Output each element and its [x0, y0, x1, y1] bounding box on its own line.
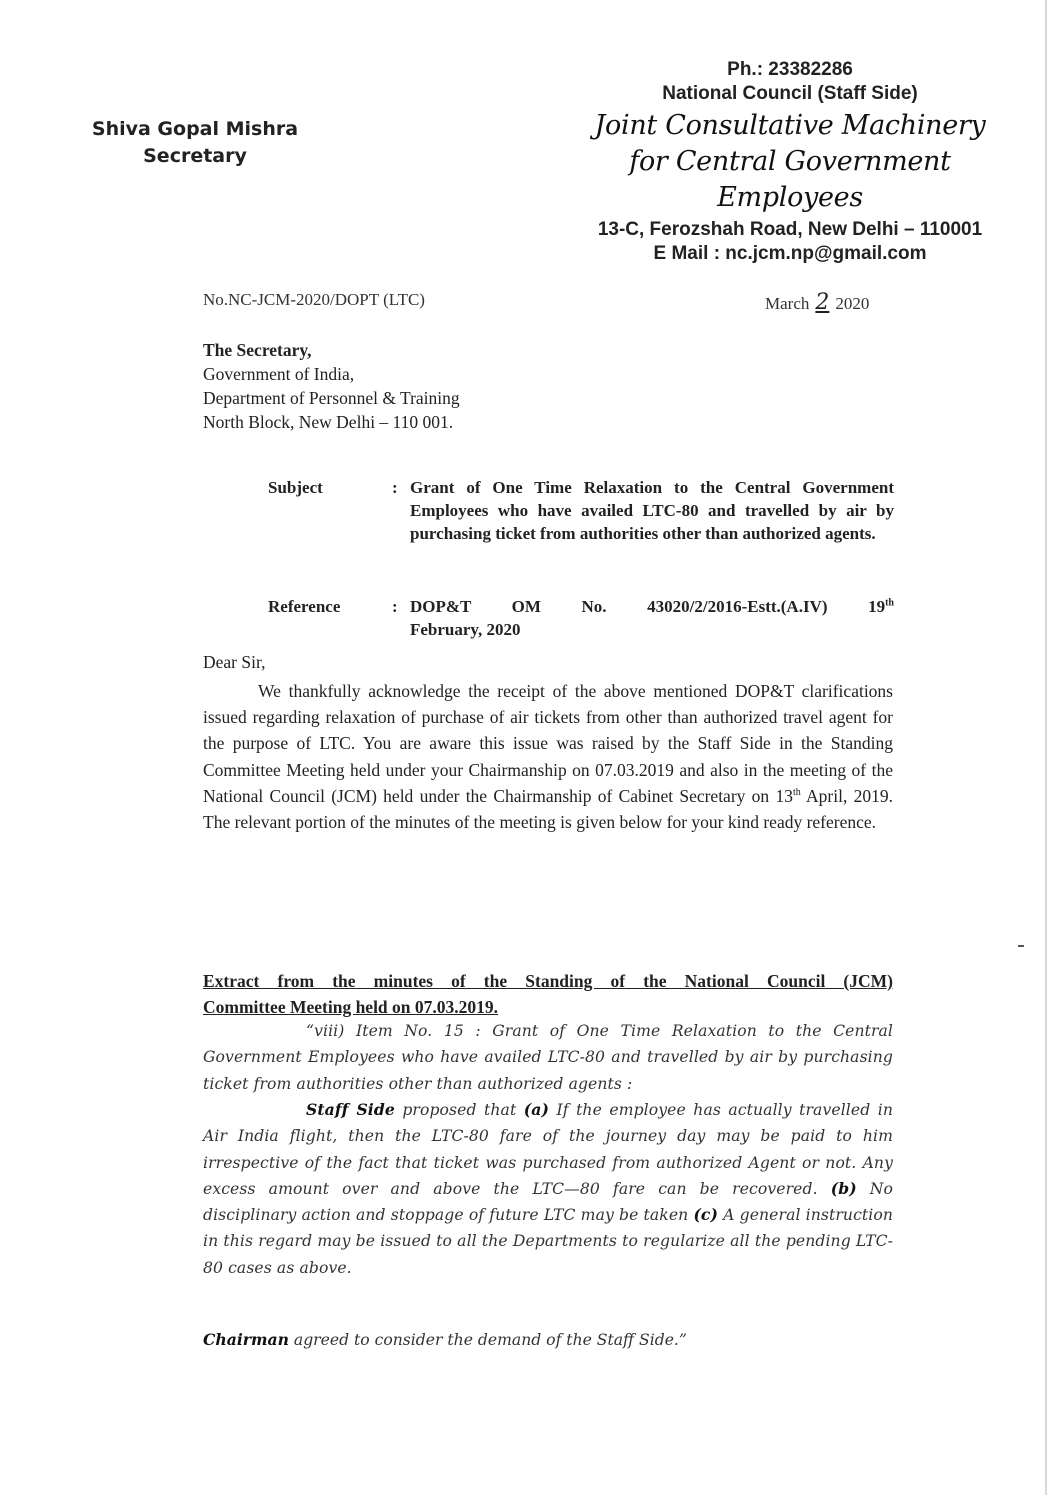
point-b-label: (b): [831, 1179, 857, 1198]
subject-text: Grant of One Time Relaxation to the Cent…: [410, 476, 894, 545]
phone-number: Ph.: 23382286: [560, 58, 1020, 82]
org-name-line2: for Central Government Employees: [560, 144, 1020, 216]
org-address: 13-C, Ferozshah Road, New Delhi – 110001: [560, 218, 1020, 242]
addressee-line: Government of India,: [203, 362, 460, 386]
reference-label: Reference: [268, 595, 378, 618]
reference-text-line1: DOP&T OM No. 43020/2/2016-Estt.(A.IV) 19…: [410, 595, 894, 618]
chairman-decision: Chairman agreed to consider the demand o…: [203, 1330, 687, 1349]
date-day-handwritten: 2: [815, 290, 829, 315]
extract-heading-line2: Committee Meeting held on 07.03.2019.: [203, 997, 498, 1017]
subject-colon: :: [392, 476, 398, 499]
addressee-line: North Block, New Delhi – 110 001.: [203, 410, 460, 434]
addressee-title: The Secretary,: [203, 338, 460, 362]
paragraph-text-a: We thankfully acknowledge the receipt of…: [203, 681, 893, 806]
sender-block: Shiva Gopal Mishra Secretary: [80, 116, 310, 170]
subject-label: Subject: [268, 476, 378, 499]
reference-om-number: DOP&T OM No. 43020/2/2016-Estt.(A.IV) 19: [410, 597, 885, 616]
council-name: National Council (Staff Side): [560, 82, 1020, 106]
letter-reference-number: No.NC-JCM-2020/DOPT (LTC): [203, 290, 425, 310]
reference-superscript: th: [885, 597, 894, 608]
org-name-line1: Joint Consultative Machinery: [560, 108, 1020, 144]
date-year: 2020: [835, 294, 869, 313]
addressee-line: Department of Personnel & Training: [203, 386, 460, 410]
letter-date: March22020: [765, 290, 869, 315]
organization-block: Ph.: 23382286 National Council (Staff Si…: [560, 58, 1020, 266]
proposal-intro: proposed that: [395, 1101, 524, 1119]
scan-artifact: [1018, 945, 1024, 947]
salutation: Dear Sir,: [203, 652, 265, 673]
extract-heading-line1: Extract from the minutes of the Standing…: [203, 968, 893, 994]
reference-block: Reference : DOP&T OM No. 43020/2/2016-Es…: [268, 595, 894, 641]
addressee-block: The Secretary, Government of India, Depa…: [203, 338, 460, 434]
body-paragraph: We thankfully acknowledge the receipt of…: [203, 678, 893, 835]
point-c-label: (c): [693, 1205, 718, 1224]
reference-text-line2: February, 2020: [410, 618, 894, 641]
subject-block: Subject : Grant of One Time Relaxation t…: [268, 476, 894, 545]
org-email: E Mail : nc.jcm.np@gmail.com: [560, 242, 1020, 266]
page-edge: [1045, 0, 1047, 1495]
chairman-text: agreed to consider the demand of the Sta…: [289, 1331, 687, 1349]
extract-heading: Extract from the minutes of the Standing…: [203, 968, 893, 1020]
paragraph-superscript: th: [793, 787, 801, 798]
staff-side-proposal: Staff Side proposed that (a) If the empl…: [203, 1097, 893, 1281]
point-a-label: (a): [524, 1100, 549, 1119]
staff-side-label: Staff Side: [306, 1100, 395, 1119]
chairman-label: Chairman: [203, 1330, 289, 1349]
reference-colon: :: [392, 595, 398, 618]
extract-item: “viii) Item No. 15 : Grant of One Time R…: [203, 1018, 893, 1097]
date-month: March: [765, 294, 809, 313]
sender-name: Shiva Gopal Mishra: [80, 116, 310, 143]
sender-title: Secretary: [80, 143, 310, 170]
